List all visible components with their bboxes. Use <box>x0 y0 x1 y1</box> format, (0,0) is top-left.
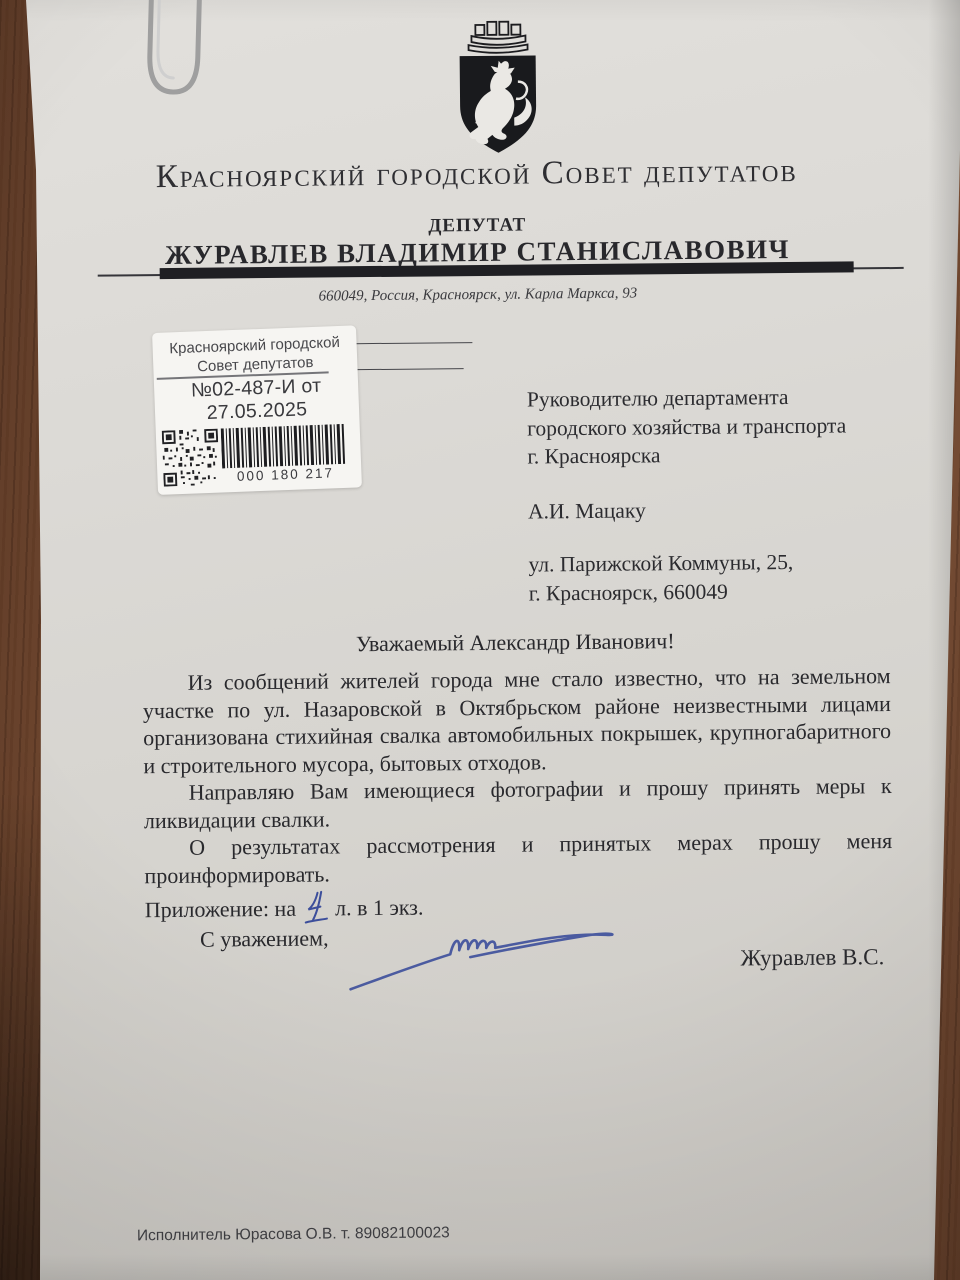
recipient-line: городского хозяйства и транспорта <box>527 411 887 443</box>
barcode-icon <box>221 424 348 469</box>
recipient-line: Руководителю департамента <box>527 382 887 414</box>
number-blank-line <box>355 341 473 344</box>
salutation: Уважаемый Александр Иванович! <box>141 626 889 659</box>
body-paragraph: О результатах рассмотрения и принятых ме… <box>144 827 892 889</box>
body-paragraph: Из сообщений жителей города мне стало из… <box>142 662 891 779</box>
closing-phrase: С уважением, <box>200 925 329 952</box>
signer-name: Журавлев В.С. <box>604 944 884 973</box>
desk-photo-background: Красноярский городской Совет депутатов Д… <box>0 0 960 1280</box>
executor-footer: Исполнитель Юрасова О.В. т. 89082100023 <box>137 1224 450 1245</box>
recipient-line: г. Красноярска <box>527 439 887 471</box>
qr-code-icon <box>162 429 220 487</box>
barcode-block: 000 180 217 <box>221 424 349 485</box>
letter-sheet: Красноярский городской Совет депутатов Д… <box>0 0 960 1280</box>
city-coat-of-arms-icon <box>437 17 558 158</box>
paperclip <box>135 0 212 107</box>
letterhead-address: 660049, Россия, Красноярск, ул. Карла Ма… <box>0 282 958 308</box>
handwritten-signature <box>322 906 643 1004</box>
attachment-prefix: Приложение: на <box>145 896 296 922</box>
recipient-block: Руководителю департамента городского хоз… <box>527 382 889 607</box>
letter-body: Из сообщений жителей города мне стало из… <box>142 662 892 927</box>
body-paragraph: Направляю Вам имеющиеся фотографии и про… <box>144 772 892 834</box>
org-name-heading: Красноярский городской Совет депутатов <box>0 151 957 197</box>
registration-sticker: Красноярский городской Совет депутатов №… <box>152 325 362 495</box>
recipient-name: А.И. Мацаку <box>528 494 888 526</box>
recipient-address-line: г. Красноярск, 660049 <box>529 576 889 608</box>
letter-content: Красноярский городской Совет депутатов Д… <box>0 0 960 1280</box>
sticker-codes: 000 180 217 <box>160 423 358 486</box>
sticker-registration-number: №02-487-И от 27.05.2025 <box>158 373 356 426</box>
date-blank-line <box>345 367 463 370</box>
recipient-address-line: ул. Парижской Коммуны, 25, <box>528 547 888 579</box>
